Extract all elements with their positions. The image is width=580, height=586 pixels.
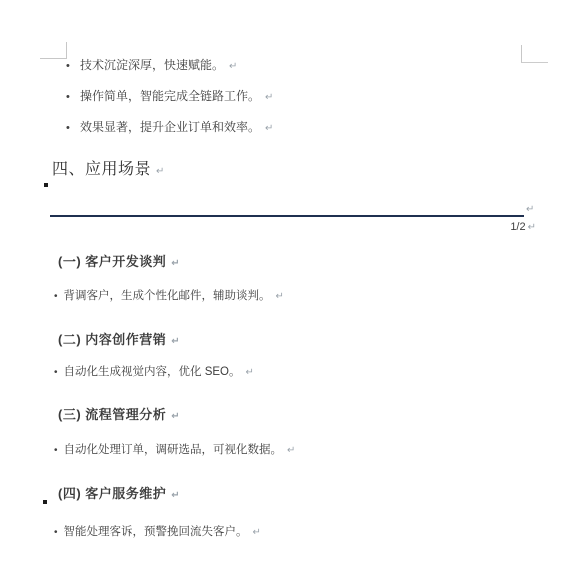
pilcrow-mark: ↵: [246, 367, 254, 378]
bullet-icon: •: [66, 121, 80, 136]
page-number-text: 1/2: [510, 221, 525, 233]
intro-bullet-text: 技术沉淀深厚，快速赋能。: [80, 58, 224, 72]
margin-corner-mark-top-left: [40, 42, 67, 59]
pilcrow-mark: ↵: [229, 61, 237, 72]
pilcrow-mark: ↵: [253, 527, 261, 538]
outline-square-marker: [43, 500, 47, 504]
pilcrow-mark: ↵: [528, 222, 536, 233]
section-title-text: (三) 流程管理分析: [58, 407, 166, 422]
section-title: (一) 客户开发谈判↵: [58, 254, 180, 272]
section-bullet-item: •背调客户，生成个性化邮件，辅助谈判。↵: [54, 289, 284, 304]
section-title: (二) 内容创作营销↵: [58, 332, 180, 350]
document-page[interactable]: •技术沉淀深厚，快速赋能。↵ •操作简单，智能完成全链路工作。↵ •效果显著，提…: [0, 0, 580, 586]
pilcrow-mark: ↵: [276, 291, 284, 302]
page-number: 1/2↵: [510, 221, 536, 234]
margin-corner-mark-top-right: [521, 45, 548, 63]
pilcrow-mark: ↵: [526, 204, 534, 215]
section-bullet-text: 智能处理客诉，预警挽回流失客户。: [64, 526, 248, 538]
pilcrow-mark: ↵: [265, 123, 273, 134]
intro-bullet-text: 操作简单，智能完成全链路工作。: [80, 89, 260, 103]
section-title-text: (一) 客户开发谈判: [58, 254, 166, 269]
bullet-icon: •: [66, 90, 80, 105]
intro-bullet-item: •技术沉淀深厚，快速赋能。↵: [66, 58, 237, 74]
intro-bullet-item: •操作简单，智能完成全链路工作。↵: [66, 89, 273, 105]
section-title-text: (四) 客户服务维护: [58, 486, 166, 501]
bullet-icon: •: [54, 445, 58, 456]
section-title: (三) 流程管理分析↵: [58, 407, 180, 425]
intro-bullet-item: •效果显著，提升企业订单和效率。↵: [66, 120, 273, 136]
bullet-icon: •: [66, 59, 80, 74]
section-bullet-text: 自动化生成视觉内容，优化 SEO。: [64, 366, 241, 378]
pilcrow-mark: ↵: [171, 411, 180, 422]
intro-bullet-text: 效果显著，提升企业订单和效率。: [80, 120, 260, 134]
bullet-icon: •: [54, 367, 58, 378]
section-title-text: (二) 内容创作营销: [58, 332, 166, 347]
pilcrow-mark: ↵: [171, 336, 180, 347]
pilcrow-mark: ↵: [171, 490, 180, 501]
section-bullet-text: 背调客户，生成个性化邮件，辅助谈判。: [64, 290, 271, 302]
outline-square-marker: [44, 183, 48, 187]
chapter-heading-text: 四、应用场景: [52, 161, 151, 178]
chapter-heading: 四、应用场景↵: [52, 161, 165, 181]
pilcrow-mark: ↵: [171, 258, 180, 269]
pilcrow-mark: ↵: [265, 92, 273, 103]
pilcrow-mark: ↵: [287, 445, 295, 456]
section-title: (四) 客户服务维护↵: [58, 486, 180, 504]
pilcrow-mark: ↵: [156, 166, 165, 177]
bullet-icon: •: [54, 527, 58, 538]
section-bullet-text: 自动化处理订单，调研选品，可视化数据。: [64, 444, 283, 456]
section-bullet-item: •智能处理客诉，预警挽回流失客户。↵: [54, 525, 261, 540]
section-bullet-item: •自动化处理订单，调研选品，可视化数据。↵: [54, 443, 295, 458]
bullet-icon: •: [54, 291, 58, 302]
section-bullet-item: •自动化生成视觉内容，优化 SEO。↵: [54, 365, 254, 380]
page-break-divider-line: [50, 215, 524, 217]
